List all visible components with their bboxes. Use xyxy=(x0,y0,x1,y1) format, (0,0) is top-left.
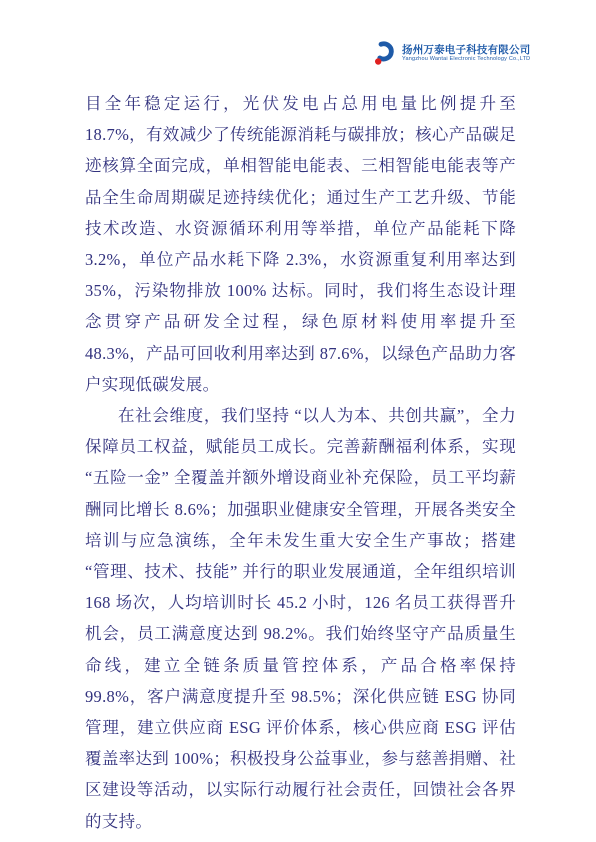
company-logo: 扬州万泰电子科技有限公司 Yangzhou Wantai Electronic … xyxy=(373,40,518,67)
document-page: 扬州万泰电子科技有限公司 Yangzhou Wantai Electronic … xyxy=(0,0,596,842)
logo-crescent-icon xyxy=(373,40,397,67)
paragraph-social: 在社会维度，我们坚持 “以人为本、共创共赢”，全力保障员工权益，赋能员工成长。完… xyxy=(85,400,516,837)
document-body: 目全年稳定运行，光伏发电占总用电量比例提升至 18.7%，有效减少了传统能源消耗… xyxy=(85,88,516,837)
company-name-en: Yangzhou Wantai Electronic Technology Co… xyxy=(402,56,530,62)
company-name-zh: 扬州万泰电子科技有限公司 xyxy=(402,44,530,56)
paragraph-environment: 目全年稳定运行，光伏发电占总用电量比例提升至 18.7%，有效减少了传统能源消耗… xyxy=(85,88,516,400)
logo-text: 扬州万泰电子科技有限公司 Yangzhou Wantai Electronic … xyxy=(402,44,530,62)
